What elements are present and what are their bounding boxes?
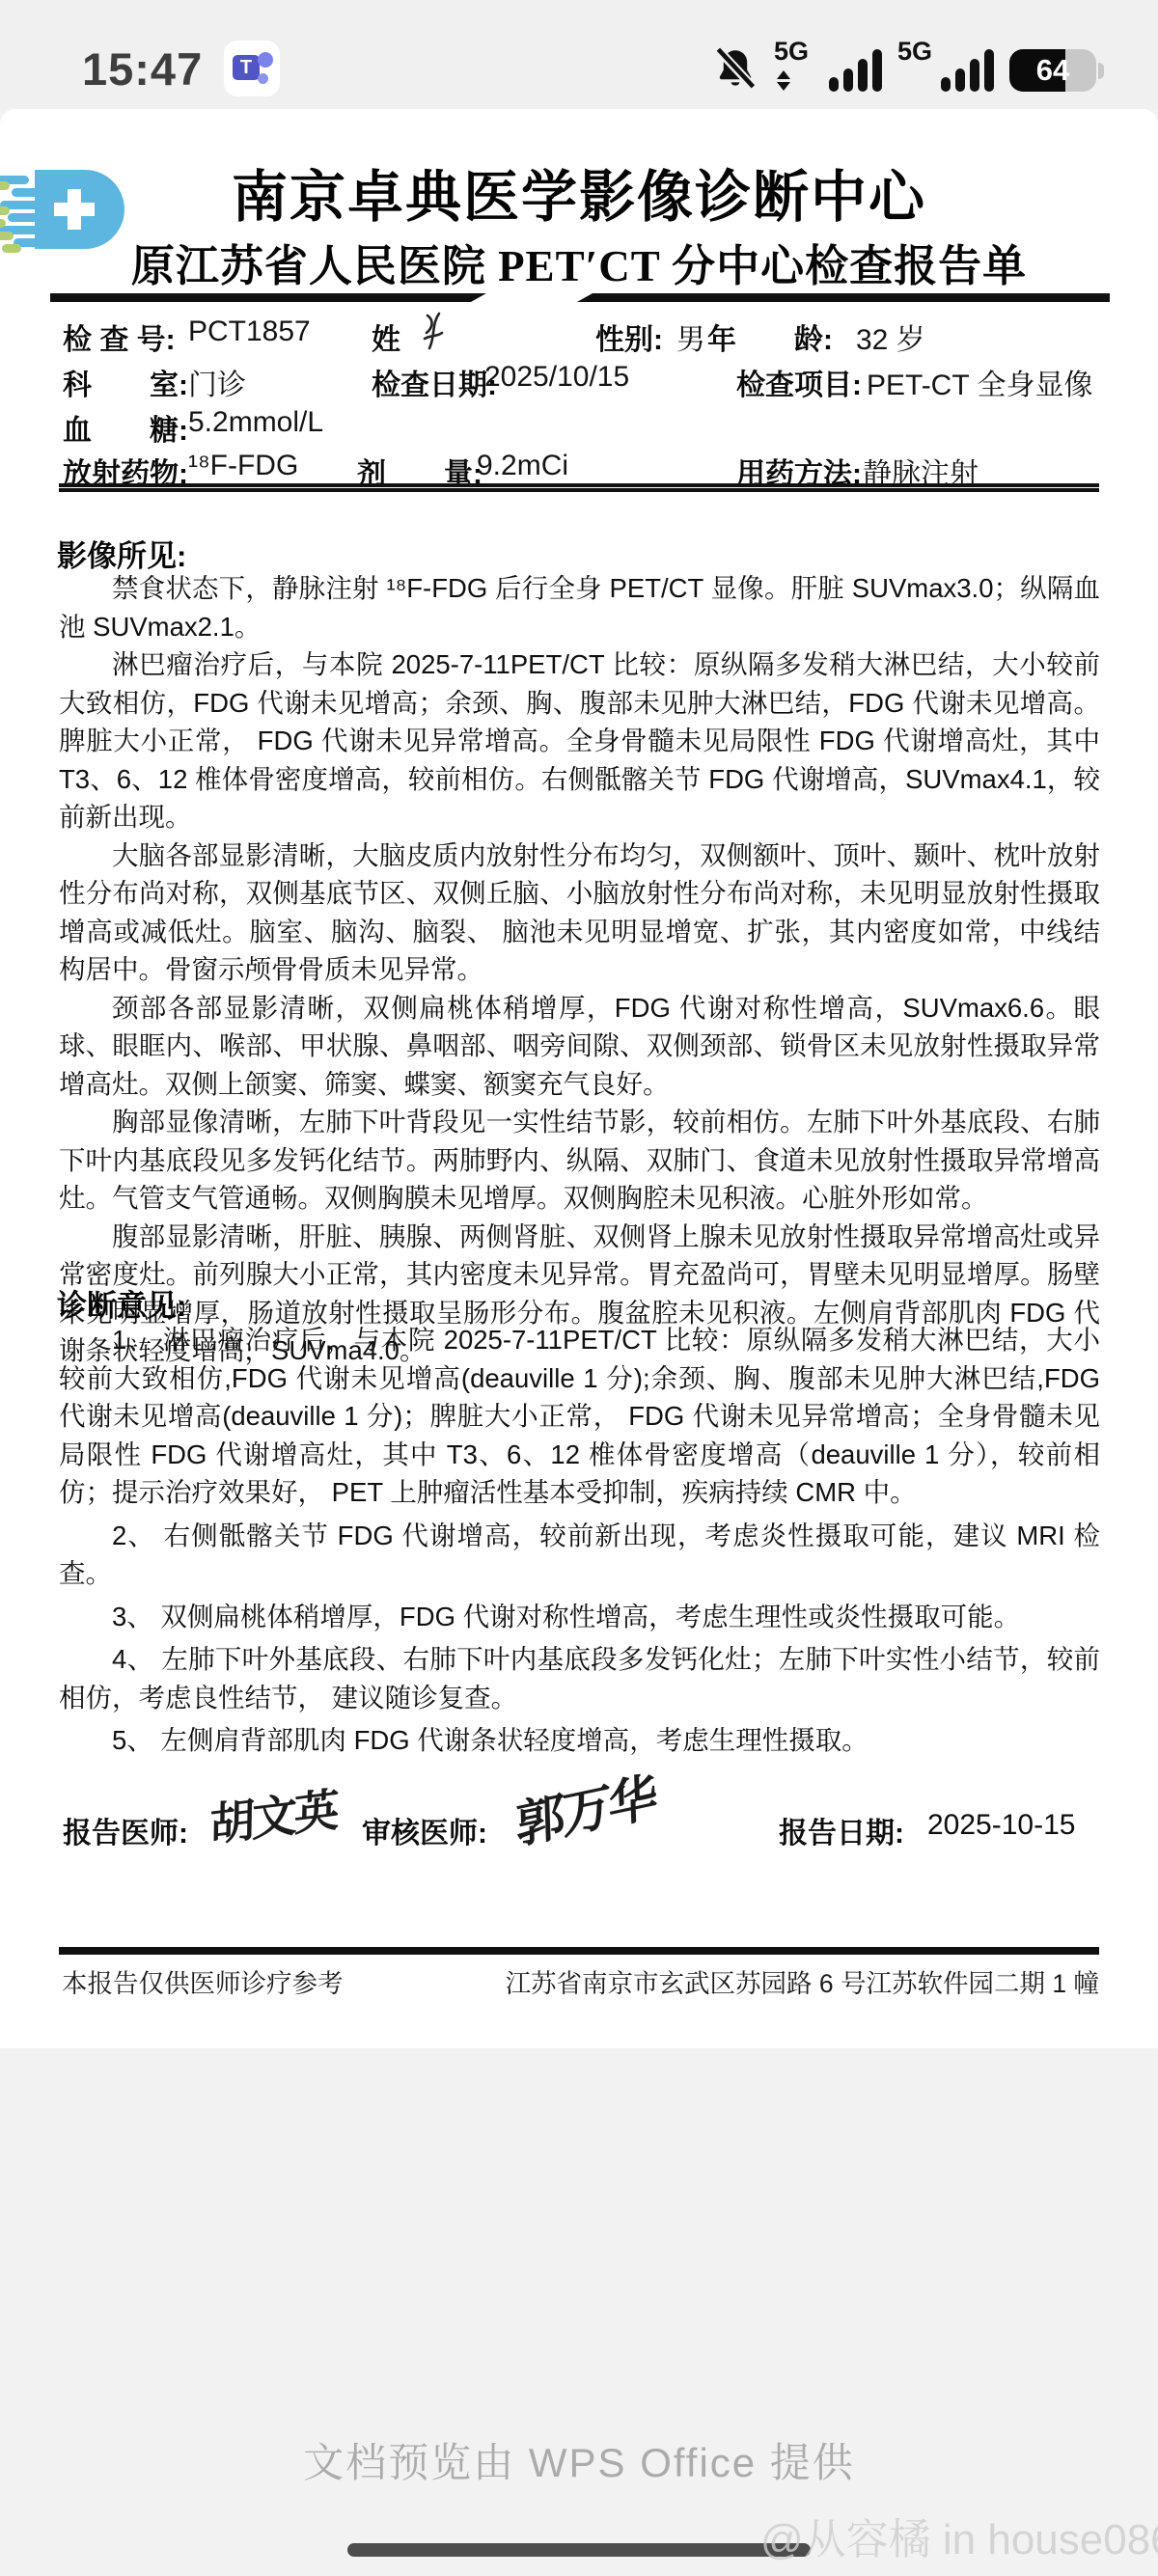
- findings-paragraph: 禁食状态下，静脉注射 ¹⁸F-FDG 后行全身 PET/CT 显像。肝脏 SUV…: [59, 569, 1100, 645]
- findings-paragraph: 胸部显像清晰，左肺下叶背段见一实性结节影，较前相仿。左肺下叶外基底段、右肺下叶内…: [59, 1103, 1100, 1218]
- gender-label: 性别:: [595, 315, 663, 358]
- glucose-value: 5.2mmol/L: [188, 406, 323, 439]
- table-bottom-divider: [59, 483, 1099, 492]
- opinions-heading: 诊断意见:: [57, 1281, 186, 1325]
- glucose-label: 血 糖:: [63, 406, 188, 449]
- battery-percent: 64: [1009, 49, 1096, 92]
- review-doctor-label: 审核医师:: [362, 1809, 487, 1851]
- opinion-item: 5、 左侧肩背部肌肉 FDG 代谢条状轻度增高，考虑生理性摄取。: [59, 1721, 1100, 1760]
- data-activity-arrows: [777, 70, 790, 91]
- clock: 15:47: [82, 42, 203, 96]
- cellular-signal-2: 5G: [897, 41, 994, 95]
- exam-no-value: PCT1857: [188, 315, 311, 348]
- document-page[interactable]: 南京卓典医学影像诊断中心 原江苏省人民医院 PET′CT 分中心检查报告单 检 …: [0, 109, 1158, 2048]
- review-doctor-signature: 郭万华: [514, 1755, 655, 1858]
- opinion-item: 4、 左肺下叶外基底段、右肺下叶内基底段多发钙化灶；左肺下叶实性小结节，较前相仿…: [59, 1640, 1100, 1716]
- report-date-label: 报告日期:: [779, 1809, 904, 1851]
- footer-divider: [59, 1947, 1099, 1955]
- patient-row-2: 科 室: 门诊 检查日期: 2025/10/15 检查项目: PET-CT 全身…: [63, 361, 1110, 399]
- findings-body: 禁食状态下，静脉注射 ¹⁸F-FDG 后行全身 PET/CT 显像。肝脏 SUV…: [59, 569, 1100, 1370]
- header-divider: [50, 293, 1110, 302]
- exam-date-label: 检查日期:: [372, 361, 497, 403]
- teams-app-icon: T: [224, 41, 280, 96]
- exam-date-value: 2025/10/15: [484, 361, 629, 394]
- status-bar: 15:47 T 5G 5G 64: [0, 0, 1158, 109]
- dept-value: 门诊: [188, 361, 246, 403]
- clinic-name-title: 南京卓典医学影像诊断中心: [0, 151, 1158, 233]
- opinion-item: 3、 双侧扁桃体稍增厚，FDG 代谢对称性增高，考虑生理性或炎性摄取可能。: [59, 1598, 1100, 1636]
- patient-row-1: 检 查 号: PCT1857 姓 性别: 男 年 龄: 32 岁: [63, 315, 1110, 354]
- findings-paragraph: 大脑各部显影清晰，大脑皮质内放射性分布均匀，双侧额叶、顶叶、颞叶、枕叶放射性分布…: [59, 836, 1100, 989]
- signature-row: 报告医师: 胡文英 审核医师: 郭万华 报告日期: 2025-10-15: [63, 1795, 1105, 1902]
- age-value: 32 岁: [856, 315, 925, 358]
- opinions-body: 1、 淋巴瘤治疗后，与本院 2025-7-11PET/CT 比较：原纵隔多发稍大…: [59, 1321, 1100, 1765]
- status-icons: 5G 5G 64: [712, 39, 1104, 95]
- tracer-value: ¹⁸F-FDG: [188, 450, 298, 482]
- exam-item-label: 检查项目:: [736, 361, 862, 403]
- report-doctor-label: 报告医师:: [63, 1809, 188, 1851]
- battery-icon: 64: [1009, 49, 1104, 92]
- age-label: 年 龄:: [707, 315, 833, 358]
- footer-address: 江苏省南京市玄武区苏园路 6 号江苏软件园二期 1 幢: [506, 1962, 1099, 2000]
- exam-no-label: 检 查 号:: [63, 315, 176, 358]
- cellular-signal-1: 5G: [774, 41, 882, 95]
- opinion-item: 1、 淋巴瘤治疗后，与本院 2025-7-11PET/CT 比较：原纵隔多发稍大…: [59, 1321, 1100, 1512]
- gender-value: 男: [676, 315, 705, 358]
- findings-paragraph: 颈部各部显影清晰，双侧扁桃体稍增厚，FDG 代谢对称性增高，SUVmax6.6。…: [59, 989, 1100, 1104]
- exam-item-value: PET-CT 全身显像: [867, 361, 1092, 403]
- dose-value: 9.2mCi: [477, 450, 568, 482]
- report-doctor-signature: 胡文英: [209, 1774, 337, 1855]
- opinion-item: 2、 右侧骶髂关节 FDG 代谢增高，较前新出现，考虑炎性摄取可能，建议 MRI…: [59, 1517, 1100, 1593]
- report-date-value: 2025-10-15: [927, 1809, 1075, 1842]
- mute-bell-icon: [712, 44, 758, 95]
- footer-note: 本报告仅供医师诊疗参考: [62, 1962, 344, 2000]
- user-watermark: @从容橘 in house086: [760, 2505, 1158, 2566]
- patient-row-3: 血 糖: 5.2mmol/L: [63, 406, 1110, 445]
- home-indicator[interactable]: [347, 2543, 811, 2557]
- name-label: 姓: [372, 315, 400, 358]
- dept-label: 科 室:: [63, 361, 188, 403]
- findings-paragraph: 淋巴瘤治疗后，与本院 2025-7-11PET/CT 比较：原纵隔多发稍大淋巴结…: [59, 645, 1100, 836]
- redacted-name-mark: [422, 312, 447, 350]
- signal-bars-icon: [829, 49, 882, 92]
- report-title: 原江苏省人民医院 PET′CT 分中心检查报告单: [0, 231, 1158, 293]
- patient-row-4: 放射药物: ¹⁸F-FDG 剂 量: 9.2mCi 用药方法: 静脉注射: [63, 450, 1110, 488]
- signal-bars-icon: [941, 49, 994, 92]
- wps-preview-notice: 文档预览由 WPS Office 提供: [0, 2431, 1158, 2489]
